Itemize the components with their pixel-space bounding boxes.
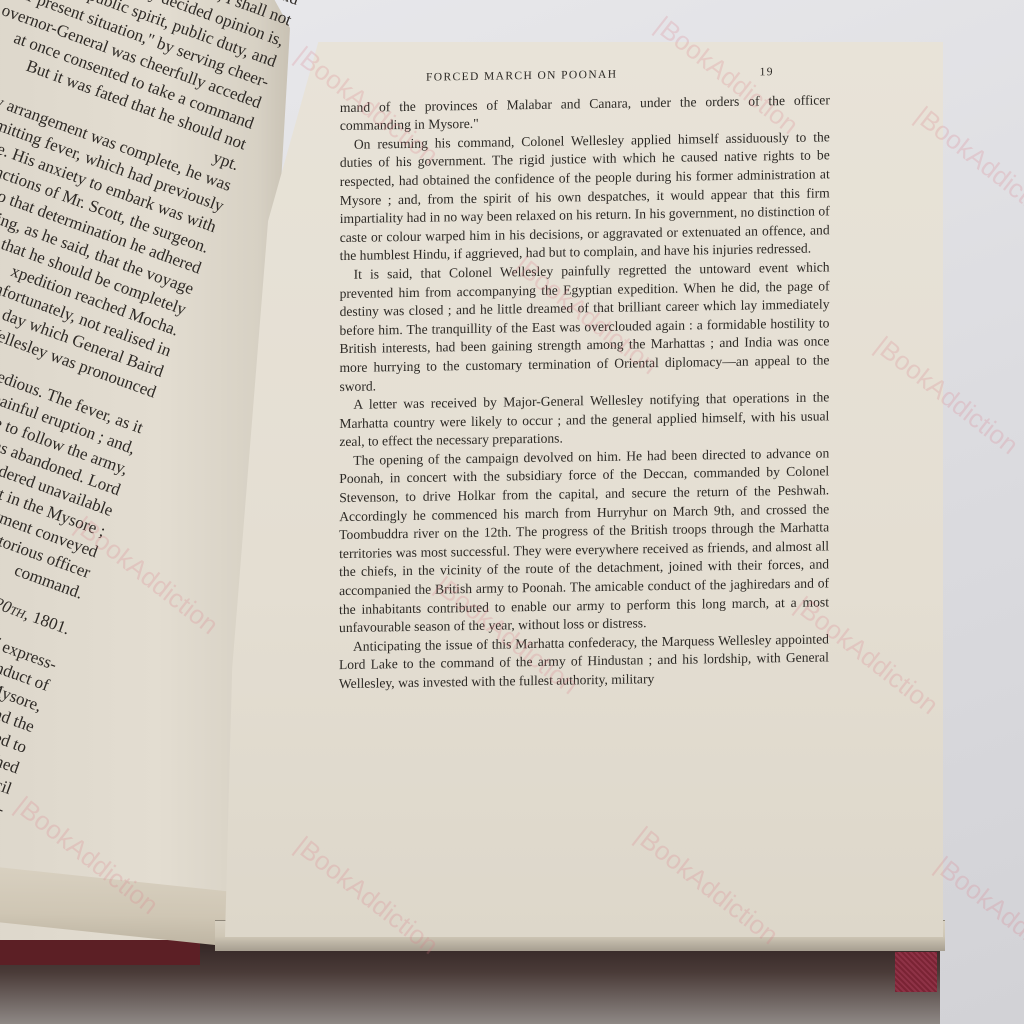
photo-scene: rn to Mysore ; and ; shall subject, I sh… — [0, 0, 1024, 1024]
paragraph: It is said, that Colonel Wellesley painf… — [339, 258, 829, 396]
watermark: |BookAddiction — [929, 850, 1024, 981]
chapter-title: FORCED MARCH ON POONAH — [426, 66, 618, 88]
page-number: 19 — [760, 63, 774, 82]
paragraph: Anticipating the issue of this Marhatta … — [339, 630, 829, 693]
paragraph: The opening of the campaign devolved on … — [339, 444, 829, 638]
book-cover-corner — [895, 952, 937, 992]
paragraph: On resuming his command, Colonel Wellesl… — [340, 128, 830, 266]
paragraph: A letter was received by Major-General W… — [339, 388, 829, 451]
right-page-text: FORCED MARCH ON POONAH 19 mand of the pr… — [339, 62, 830, 693]
